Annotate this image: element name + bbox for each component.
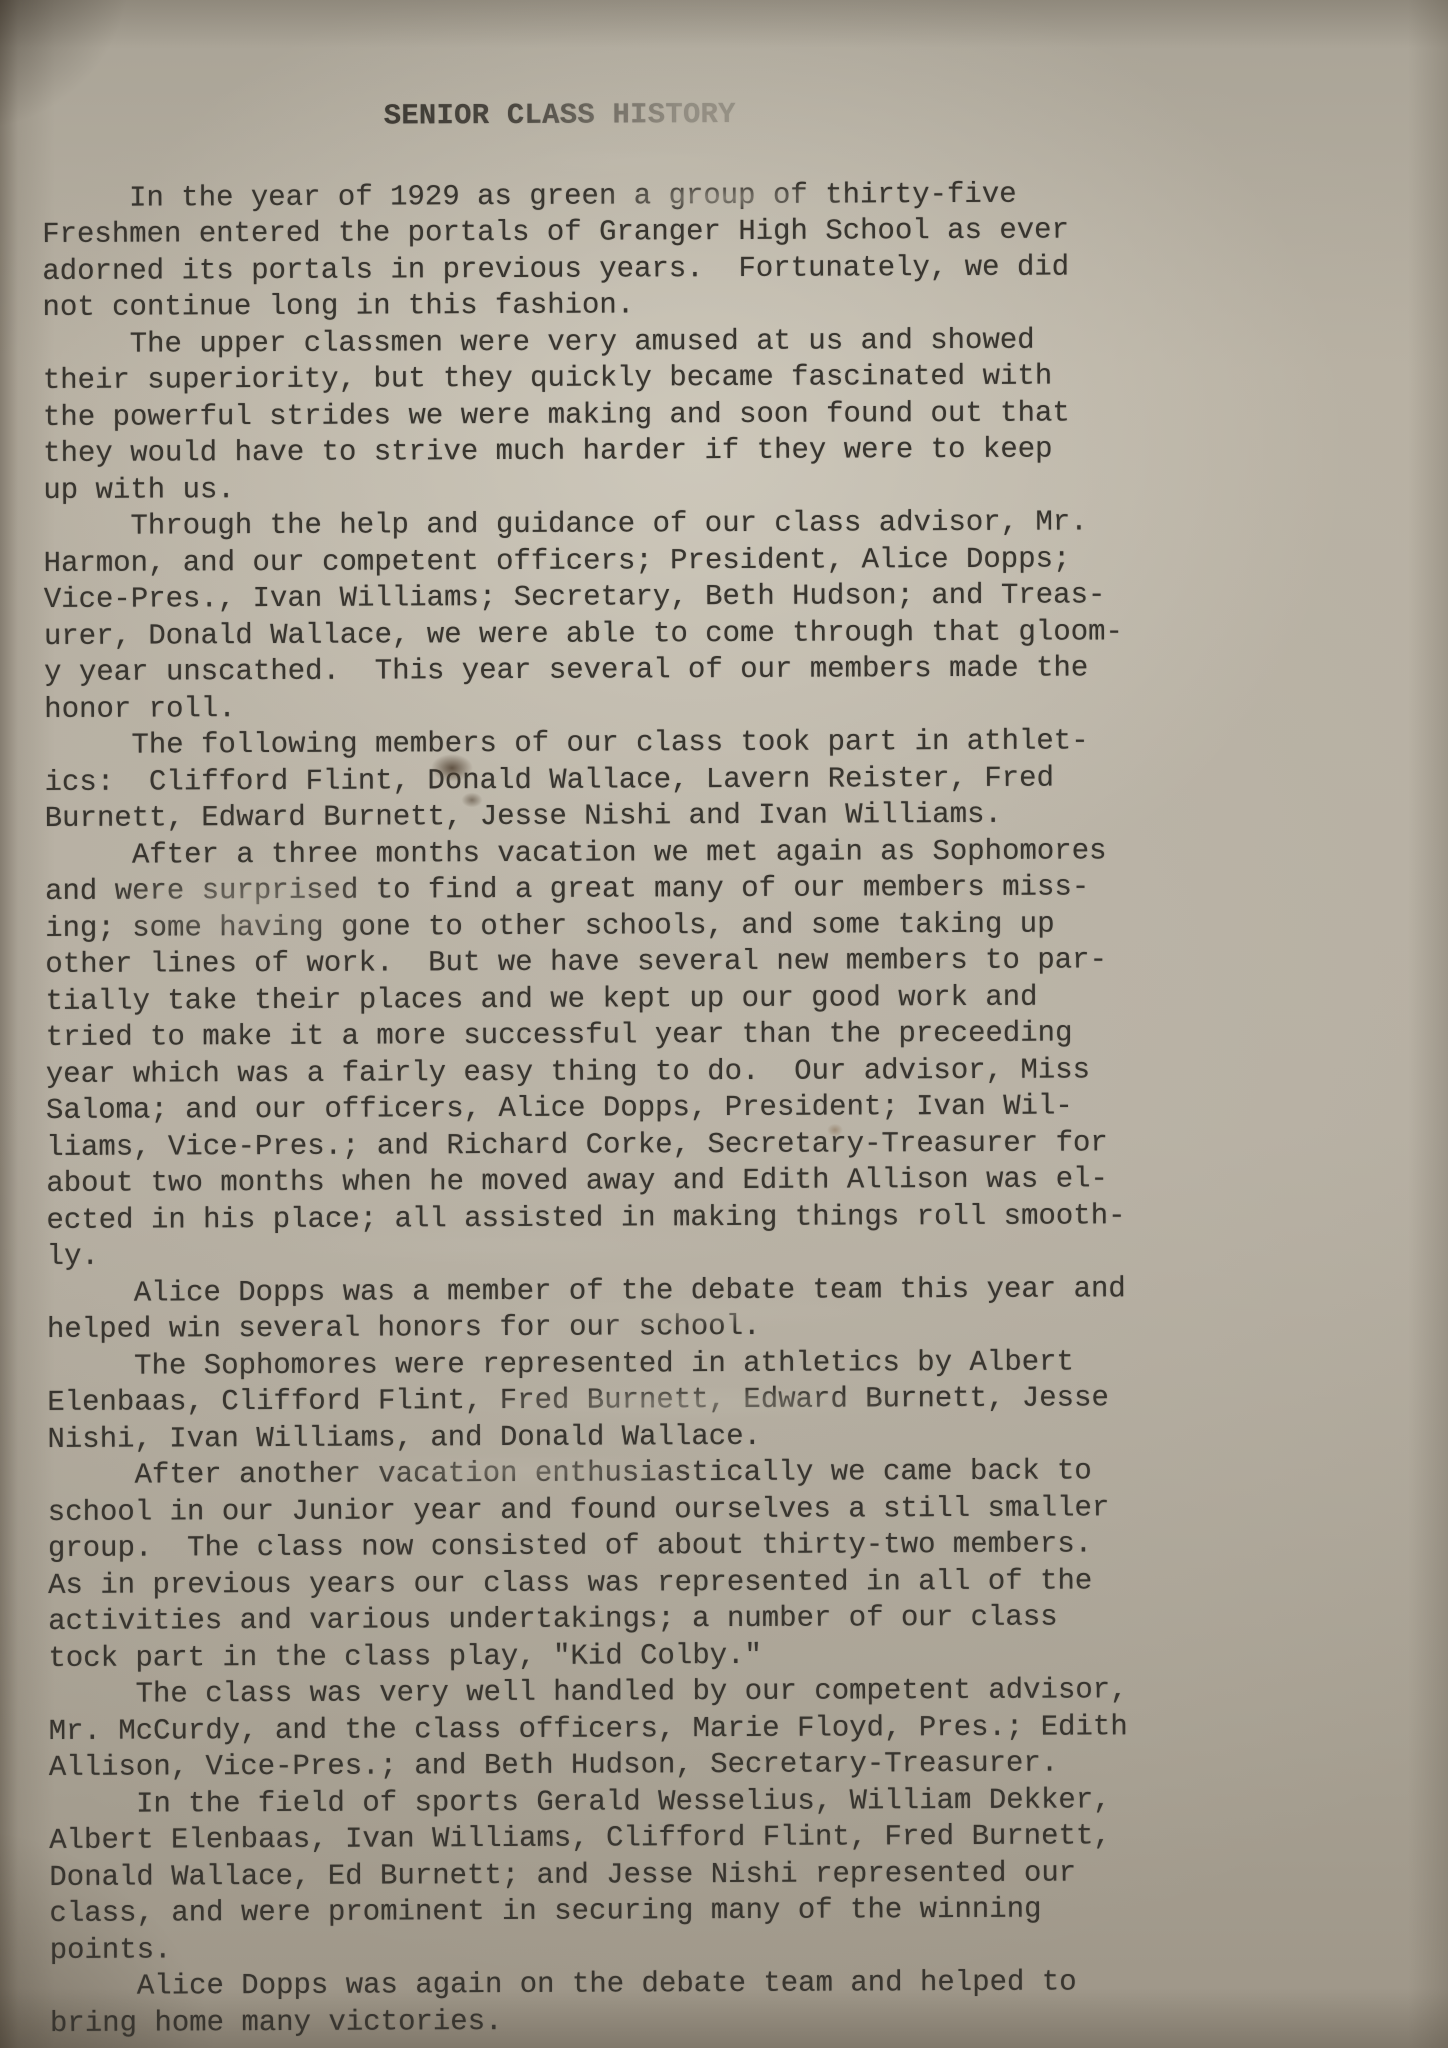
paragraph-upper-classmen: The upper classmen were very amused at u… (43, 321, 1204, 509)
paragraph-debate-sophomore: Alice Dopps was a member of the debate t… (47, 1270, 1207, 1348)
paragraph-junior-officers: The class was very well handled by our c… (48, 1672, 1208, 1787)
paragraph-debate-junior: Alice Dopps was again on the debate team… (50, 1964, 1210, 2042)
scanned-document-page: SENIOR CLASS HISTORY In the year of 1929… (0, 0, 1448, 2048)
paragraph-sophomore-athletics: The Sophomores were represented in athle… (47, 1343, 1207, 1458)
paragraph-freshman-officers: Through the help and guidance of our cla… (43, 504, 1204, 728)
typewritten-text-block: SENIOR CLASS HISTORY In the year of 1929… (42, 95, 1210, 2042)
paragraph-freshman-athletics: The following members of our class took … (44, 723, 1204, 838)
page-title: SENIOR CLASS HISTORY (384, 95, 1202, 135)
paragraph-sophomore-year: After a three months vacation we met aga… (45, 832, 1207, 1275)
paragraph-junior-sports: In the field of sports Gerald Wesselius,… (49, 1781, 1210, 1969)
paragraph-freshman-intro: In the year of 1929 as green a group of … (42, 175, 1203, 326)
paragraph-junior-year: After another vacation enthusiastically … (48, 1453, 1209, 1677)
